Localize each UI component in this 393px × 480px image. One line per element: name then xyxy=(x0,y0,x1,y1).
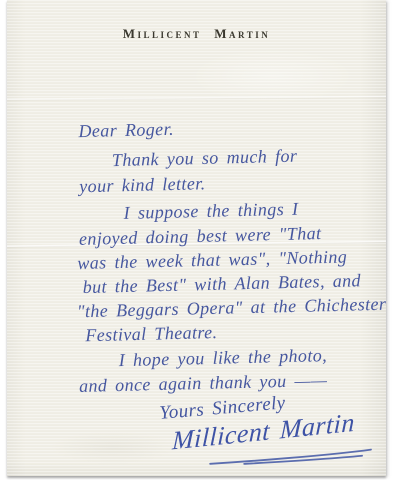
letter-line: I suppose the things I xyxy=(123,200,298,222)
letter-line: and once again thank you —— xyxy=(79,371,328,395)
scanned-letter: Millicent Martin Dear Roger. Thank you s… xyxy=(0,0,393,480)
letter-line: enjoyed doing best were "That xyxy=(79,224,322,248)
letter-paper: Millicent Martin Dear Roger. Thank you s… xyxy=(7,0,386,476)
letter-line: Thank you so much for xyxy=(112,147,298,170)
letter-line: "the Beggars Opera" at the Chichester xyxy=(77,295,387,321)
salutation: Dear Roger. xyxy=(78,120,174,140)
letter-line: but the Best" with Alan Bates, and xyxy=(82,271,361,296)
letter-line: was the week that was", "Nothing xyxy=(77,247,347,272)
signature-flourish-icon xyxy=(206,448,374,466)
letter-line: your kind letter. xyxy=(79,174,206,195)
handwriting-layer: Dear Roger. Thank you so much for your k… xyxy=(4,0,390,479)
letter-line: Festival Theatre. xyxy=(85,323,218,344)
letter-line: I hope you like the photo, xyxy=(118,346,327,369)
